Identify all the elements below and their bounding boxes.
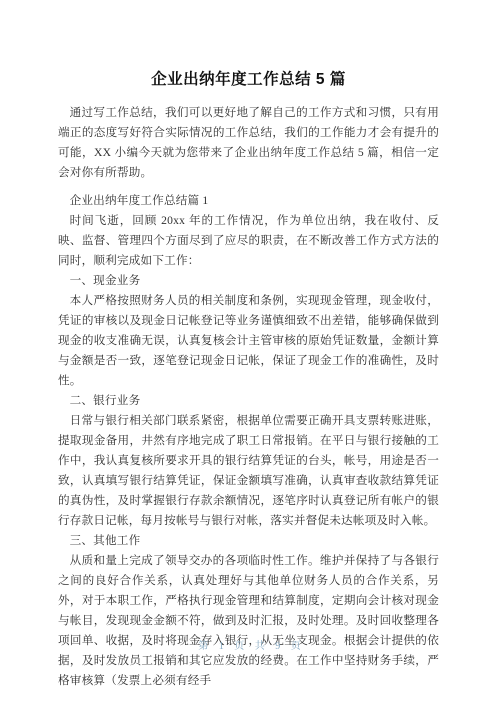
document-body: 通过写工作总结，我们可以更好地了解自己的工作方式和习惯，只有用端正的态度写好符合…	[58, 103, 439, 691]
pagination-label-page: 页	[234, 641, 245, 652]
page-title: 企业出纳年度工作总结 5 篇	[58, 70, 439, 90]
pagination-label-suffix: 页	[291, 641, 302, 652]
paragraph-overview: 时间飞逝，回顾 20xx 年的工作情况，作为单位出纳，我在收付、反映、监督、管理…	[58, 211, 439, 271]
section-heading-bank: 二、银行业务	[58, 391, 439, 411]
pagination-label-prefix: 第	[198, 641, 209, 652]
pagination: 第 1 页 共 9 页	[0, 640, 500, 654]
paragraph-bank: 日常与银行相关部门联系紧密，根据单位需要正确开具支票转账进账，提取现金备用，井然…	[58, 411, 439, 531]
paragraph-cash: 本人严格按照财务人员的相关制度和条例，实现现金管理，现金收付，凭证的审核以及现金…	[58, 291, 439, 391]
piece-title-1: 企业出纳年度工作总结篇 1	[58, 191, 439, 211]
section-heading-other: 三、其他工作	[58, 531, 439, 551]
document-content: 企业出纳年度工作总结 5 篇 通过写工作总结，我们可以更好地了解自己的工作方式和…	[58, 0, 439, 691]
paragraph-intro: 通过写工作总结，我们可以更好地了解自己的工作方式和习惯，只有用端正的态度写好符合…	[58, 103, 439, 183]
section-heading-cash: 一、现金业务	[58, 271, 439, 291]
paragraph-other: 从质和量上完成了领导交办的各项临时性工作。维护并保持了与各银行之间的良好合作关系…	[58, 551, 439, 691]
pagination-total-pages: 9	[275, 641, 281, 652]
pagination-label-total: 共	[255, 641, 266, 652]
document-page: 企业出纳年度工作总结 5 篇 通过写工作总结，我们可以更好地了解自己的工作方式和…	[0, 0, 500, 707]
pagination-current-page: 1	[219, 641, 225, 652]
